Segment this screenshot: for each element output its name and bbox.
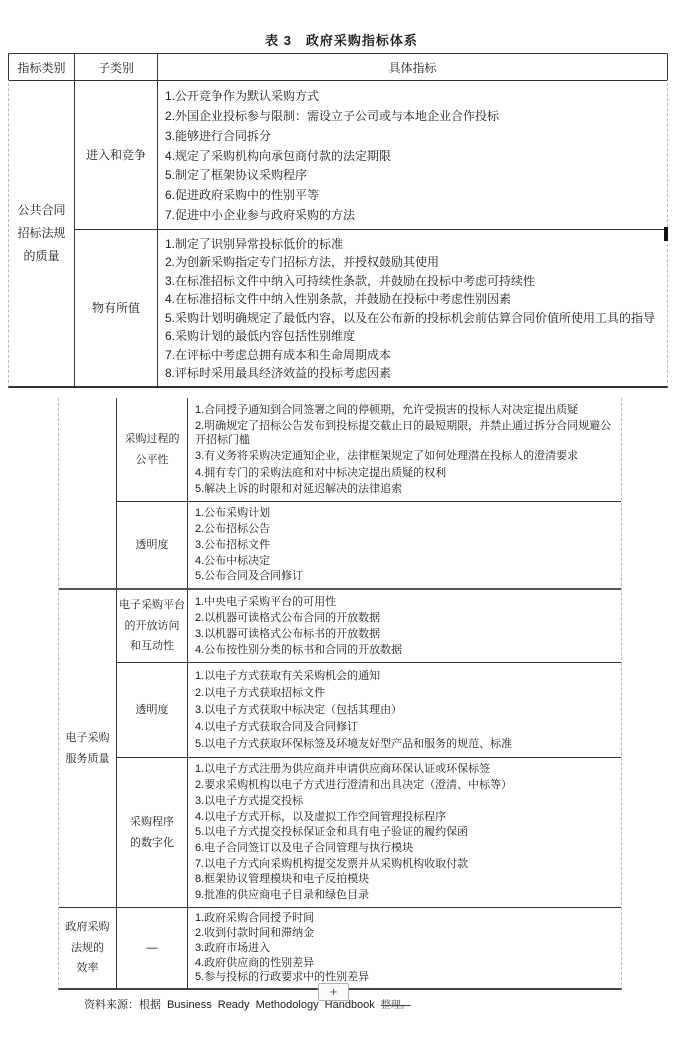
subcategory-cell: 进入和竞争 bbox=[75, 81, 158, 229]
indicator-item: 5.参与投标的行政要求中的性别差异 bbox=[195, 970, 617, 984]
table-row-group: 政府采购 法规的 效率—1.政府采购合同授予时间2.收到付款时间和滞纳金3.政府… bbox=[59, 907, 621, 988]
subcategory-cell: 电子采购平台 的开放访问 和互动性 bbox=[117, 590, 188, 662]
indicator-item: 8.框架协议管理模块和电子反拍模块 bbox=[195, 872, 617, 886]
indicator-item: 4.以电子方式开标，以及虚拟工作空间管理投标程序 bbox=[195, 810, 617, 824]
indicator-item: 1.制定了识别异常投标低价的标准 bbox=[165, 235, 663, 252]
subcategory-cell: 透明度 bbox=[117, 502, 188, 588]
indicator-item: 3.以电子方式提交投标 bbox=[195, 794, 617, 808]
indicator-item: 6.电子合同签订以及电子合同管理与执行模块 bbox=[195, 841, 617, 855]
indicator-list: 1.制定了识别异常投标低价的标准2.为创新采购指定专门招标方法，并授权鼓励其使用… bbox=[158, 230, 667, 386]
indicator-item: 1.政府采购合同授予时间 bbox=[195, 911, 617, 925]
table-row-group: 电子采购 服务质量电子采购平台 的开放访问 和互动性1.中央电子采购平台的可用性… bbox=[59, 588, 621, 907]
source-note-strikethrough: 整理。 bbox=[381, 1000, 411, 1011]
subcategory-cell: 采购过程的 公平性 bbox=[117, 398, 188, 501]
indicator-item: 4.公布中标决定 bbox=[195, 554, 617, 568]
indicator-item: 3.以机器可读格式公布标书的开放数据 bbox=[195, 627, 617, 641]
subcategory-cell: 采购程序 的数字化 bbox=[117, 758, 188, 907]
category-cell: 公共合同 招标法规 的质量 bbox=[9, 81, 75, 386]
indicator-list: 1.以电子方式获取有关采购机会的通知2.以电子方式获取招标文件3.以电子方式获取… bbox=[188, 663, 621, 757]
indicator-item: 6.促进政府采购中的性别平等 bbox=[165, 186, 663, 203]
indicator-item: 2.以机器可读格式公布合同的开放数据 bbox=[195, 611, 617, 625]
table-caption: 表 3 政府采购指标体系 bbox=[0, 30, 683, 49]
indicator-item: 4.在标准招标文件中纳入性别条款，并鼓励在投标中考虑性别因素 bbox=[165, 290, 663, 307]
table-row: 物有所值1.制定了识别异常投标低价的标准2.为创新采购指定专门招标方法，并授权鼓… bbox=[75, 229, 667, 386]
indicator-table-part1: 指标类别 子类别 具体指标 公共合同 招标法规 的质量进入和竞争1.公开竞争作为… bbox=[8, 53, 668, 388]
indicator-item: 2.为创新采购指定专门招标方法，并授权鼓励其使用 bbox=[165, 253, 663, 270]
indicator-item: 8.评标时采用最具经济效益的投标考虑因素 bbox=[165, 364, 663, 381]
indicator-item: 5.以电子方式获取环保标签及环境友好型产品和服务的规范、标准 bbox=[195, 737, 617, 751]
indicator-list: 1.中央电子采购平台的可用性2.以机器可读格式公布合同的开放数据3.以机器可读格… bbox=[188, 590, 621, 662]
indicator-table-part2: 采购过程的 公平性1.合同授予通知到合同签署之间的停顿期，允许受损害的投标人对决… bbox=[58, 398, 622, 990]
indicator-item: 2.公布招标公告 bbox=[195, 522, 617, 536]
plus-button[interactable]: + bbox=[318, 983, 349, 1001]
indicator-item: 4.以电子方式获取合同及合同修订 bbox=[195, 720, 617, 734]
indicator-list: 1.合同授予通知到合同签署之间的停顿期，允许受损害的投标人对决定提出质疑2.明确… bbox=[188, 398, 621, 501]
indicator-item: 5.解决上诉的时限和对延迟解决的法律追索 bbox=[195, 482, 617, 496]
indicator-list: 1.政府采购合同授予时间2.收到付款时间和滞纳金3.政府市场进入4.政府供应商的… bbox=[188, 908, 621, 988]
indicator-item: 2.以电子方式获取招标文件 bbox=[195, 686, 617, 700]
subcategory-cell: — bbox=[117, 908, 188, 988]
table-row: 透明度1.公布采购计划2.公布招标公告3.公布招标文件4.公布中标决定5.公布合… bbox=[117, 501, 621, 588]
indicator-item: 5.制定了框架协议采购程序 bbox=[165, 166, 663, 183]
indicator-item: 5.采购计划明确规定了最低内容，以及在公布新的投标机会前估算合同价值所使用工具的… bbox=[165, 309, 663, 326]
header-cell-subcategory: 子类别 bbox=[75, 54, 158, 80]
indicator-item: 2.要求采购机构以电子方式进行澄清和出具决定（澄清、中标等） bbox=[195, 778, 617, 792]
table-row: 电子采购平台 的开放访问 和互动性1.中央电子采购平台的可用性2.以机器可读格式… bbox=[117, 590, 621, 662]
indicator-item: 3.公布招标文件 bbox=[195, 538, 617, 552]
indicator-item: 3.政府市场进入 bbox=[195, 941, 617, 955]
table-header-row: 指标类别 子类别 具体指标 bbox=[9, 54, 667, 81]
indicator-item: 3.在标准招标文件中纳入可持续性条款，并鼓励在投标中考虑可持续性 bbox=[165, 272, 663, 289]
table-row: 进入和竞争1.公开竞争作为默认采购方式2.外国企业投标参与限制：需设立子公司或与… bbox=[75, 81, 667, 229]
indicator-item: 4.公布按性别分类的标书和合同的开放数据 bbox=[195, 643, 617, 657]
indicator-item: 1.合同授予通知到合同签署之间的停顿期，允许受损害的投标人对决定提出质疑 bbox=[195, 403, 617, 417]
table-row: 采购过程的 公平性1.合同授予通知到合同签署之间的停顿期，允许受损害的投标人对决… bbox=[117, 398, 621, 501]
indicator-item: 2.收到付款时间和滞纳金 bbox=[195, 926, 617, 940]
indicator-item: 1.公开竞争作为默认采购方式 bbox=[165, 87, 663, 104]
indicator-item: 4.政府供应商的性别差异 bbox=[195, 956, 617, 970]
indicator-item: 7.促进中小企业参与政府采购的方法 bbox=[165, 206, 663, 223]
document-page: 表 3 政府采购指标体系 指标类别 子类别 具体指标 公共合同 招标法规 的质量… bbox=[0, 0, 683, 1045]
indicator-item: 1.以电子方式获取有关采购机会的通知 bbox=[195, 669, 617, 683]
table-row: —1.政府采购合同授予时间2.收到付款时间和滞纳金3.政府市场进入4.政府供应商… bbox=[117, 908, 621, 988]
indicator-item: 7.在评标中考虑总拥有成本和生命周期成本 bbox=[165, 346, 663, 363]
source-note: 资料来源：根据 Business Ready Methodology Handb… bbox=[84, 996, 411, 1012]
category-cell: 电子采购 服务质量 bbox=[59, 590, 117, 907]
indicator-item: 3.能够进行合同拆分 bbox=[165, 127, 663, 144]
category-cell: 政府采购 法规的 效率 bbox=[59, 908, 117, 988]
table-body-part2: 采购过程的 公平性1.合同授予通知到合同签署之间的停顿期，允许受损害的投标人对决… bbox=[59, 398, 621, 988]
indicator-item: 3.以电子方式获取中标决定（包括其理由） bbox=[195, 703, 617, 717]
indicator-list: 1.公布采购计划2.公布招标公告3.公布招标文件4.公布中标决定5.公布合同及合… bbox=[188, 502, 621, 588]
header-cell-category: 指标类别 bbox=[9, 54, 75, 80]
cursor-artifact bbox=[664, 227, 668, 241]
indicator-item: 3.有义务将采购决定通知企业，法律框架规定了如何处理潜在投标人的澄清要求 bbox=[195, 449, 617, 463]
indicator-item: 4.规定了采购机构向承包商付款的法定期限 bbox=[165, 147, 663, 164]
indicator-item: 2.明确规定了招标公告发布到投标提交截止日的最短期限，并禁止通过拆分合同规避公开… bbox=[195, 419, 617, 448]
table-row-group: 采购过程的 公平性1.合同授予通知到合同签署之间的停顿期，允许受损害的投标人对决… bbox=[59, 398, 621, 588]
indicator-item: 1.以电子方式注册为供应商并申请供应商环保认证或环保标签 bbox=[195, 762, 617, 776]
indicator-item: 4.拥有专门的采购法庭和对中标决定提出质疑的权利 bbox=[195, 466, 617, 480]
indicator-item: 9.批准的供应商电子目录和绿色目录 bbox=[195, 888, 617, 902]
indicator-item: 7.以电子方式向采购机构提交发票并从采购机构收取付款 bbox=[195, 857, 617, 871]
table-row: 透明度1.以电子方式获取有关采购机会的通知2.以电子方式获取招标文件3.以电子方… bbox=[117, 662, 621, 757]
indicator-item: 1.公布采购计划 bbox=[195, 506, 617, 520]
indicator-item: 2.外国企业投标参与限制：需设立子公司或与本地企业合作投标 bbox=[165, 107, 663, 124]
indicator-list: 1.公开竞争作为默认采购方式2.外国企业投标参与限制：需设立子公司或与本地企业合… bbox=[158, 81, 667, 229]
header-cell-indicators: 具体指标 bbox=[158, 54, 667, 80]
indicator-item: 5.以电子方式提交投标保证金和具有电子验证的履约保函 bbox=[195, 825, 617, 839]
indicator-item: 6.采购计划的最低内容包括性别维度 bbox=[165, 327, 663, 344]
table-row-group: 公共合同 招标法规 的质量进入和竞争1.公开竞争作为默认采购方式2.外国企业投标… bbox=[9, 81, 667, 386]
table-row: 采购程序 的数字化1.以电子方式注册为供应商并申请供应商环保认证或环保标签2.要… bbox=[117, 757, 621, 907]
table-body-part1: 公共合同 招标法规 的质量进入和竞争1.公开竞争作为默认采购方式2.外国企业投标… bbox=[9, 81, 667, 386]
category-cell bbox=[59, 398, 117, 588]
indicator-list: 1.以电子方式注册为供应商并申请供应商环保认证或环保标签2.要求采购机构以电子方… bbox=[188, 758, 621, 907]
subcategory-cell: 物有所值 bbox=[75, 230, 158, 386]
indicator-item: 5.公布合同及合同修订 bbox=[195, 569, 617, 583]
indicator-item: 1.中央电子采购平台的可用性 bbox=[195, 595, 617, 609]
subcategory-cell: 透明度 bbox=[117, 663, 188, 757]
